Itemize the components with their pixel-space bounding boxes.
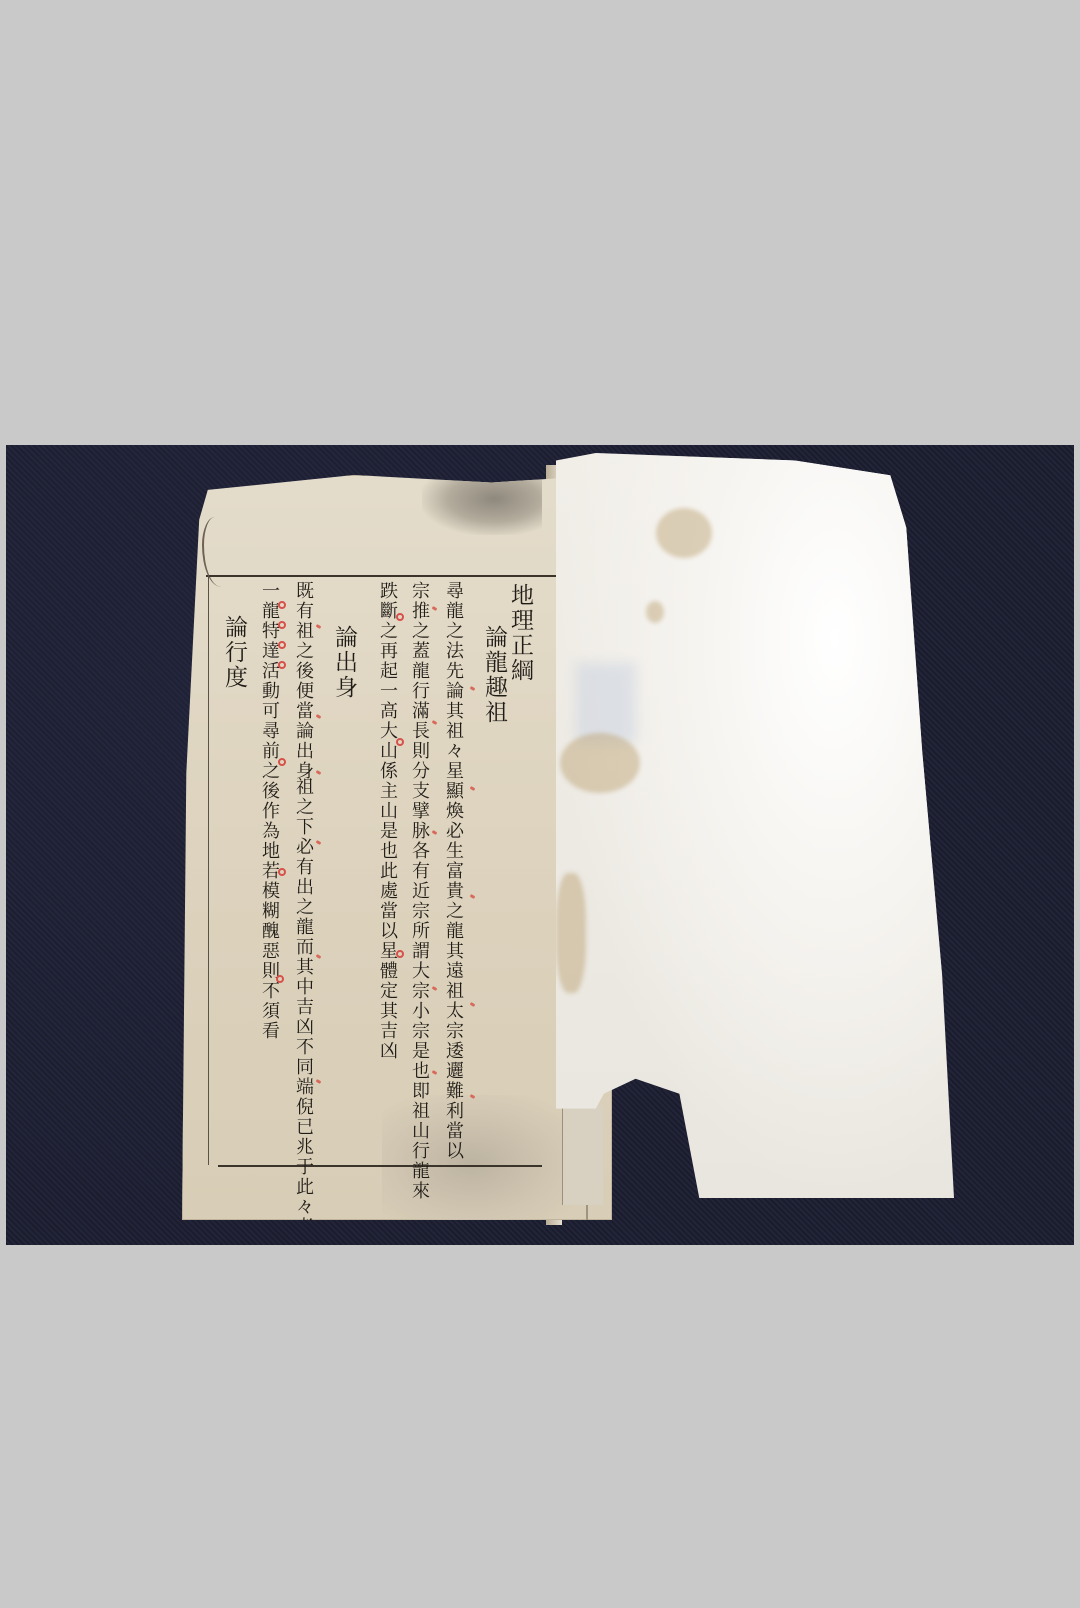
red-tick-mark	[432, 1070, 438, 1075]
red-tick-mark	[316, 954, 322, 959]
section-heading: 論出身	[332, 625, 355, 700]
text-column: 一龍特達活動可尋前之後作為地若模糊醜惡則不須看	[260, 581, 278, 1041]
manuscript-page-left: 地理正綱 論龍趣祖 尋龍之法先論其祖々星顯煥必生富貴之龍其遠祖太宗逶邐難利當以 …	[182, 475, 612, 1220]
red-tick-mark	[432, 986, 438, 991]
manuscript-title: 地理正綱	[508, 583, 531, 683]
water-stain	[646, 601, 664, 623]
text-column: 尋龍之法先論其祖々星顯煥必生富貴之龍其遠祖太宗逶邐難利當以	[444, 581, 462, 1161]
red-tick-mark	[432, 606, 438, 611]
red-circle-mark	[278, 621, 286, 629]
section-heading: 論行度	[222, 615, 245, 690]
red-circle-mark	[278, 758, 286, 766]
photo: 地理正綱 論龍趣祖 尋龍之法先論其祖々星顯煥必生富貴之龍其遠祖太宗逶邐難利當以 …	[6, 445, 1074, 1245]
red-tick-mark	[316, 624, 322, 629]
red-tick-mark	[316, 714, 322, 719]
red-circle-mark	[278, 641, 286, 649]
water-stain	[556, 873, 586, 993]
red-tick-mark	[470, 1002, 476, 1007]
red-tick-mark	[470, 786, 476, 791]
blank-page-right	[556, 453, 954, 1198]
red-tick-mark	[470, 686, 476, 691]
red-tick-mark	[316, 840, 322, 845]
frame-line-top	[206, 575, 582, 577]
red-circle-mark	[278, 661, 286, 669]
frame-line-bottom	[218, 1165, 542, 1167]
red-circle-mark	[396, 950, 404, 958]
red-tick-mark	[470, 894, 476, 899]
text-column: 宗推之蓋龍行滿長則分支擘脉各有近宗所謂大宗小宗是也即祖山行龍來	[410, 581, 428, 1201]
section-heading: 論龍趣祖	[482, 625, 505, 725]
red-tick-mark	[432, 720, 438, 725]
light-reflection	[576, 663, 636, 743]
red-circle-mark	[396, 613, 404, 621]
text-column: 祖之下必有出之龍而其中吉凶不同端倪已兆于此々者有	[294, 777, 312, 1245]
red-tick-mark	[432, 830, 438, 835]
red-circle-mark	[396, 738, 404, 746]
water-stain	[560, 733, 640, 793]
red-tick-mark	[316, 770, 322, 775]
red-circle-mark	[276, 975, 284, 983]
water-stain	[656, 508, 712, 558]
red-circle-mark	[278, 601, 286, 609]
text-column: 跌斷之再起一高大山係主山是也此處當以星體定其吉凶	[378, 581, 396, 1061]
damage-top	[422, 475, 542, 535]
red-circle-mark	[278, 868, 286, 876]
text-column: 既有祖之後便當論出身	[294, 581, 312, 781]
red-tick-mark	[316, 1079, 322, 1084]
torn-fold	[562, 1105, 603, 1205]
frame-line-left	[208, 575, 209, 1165]
